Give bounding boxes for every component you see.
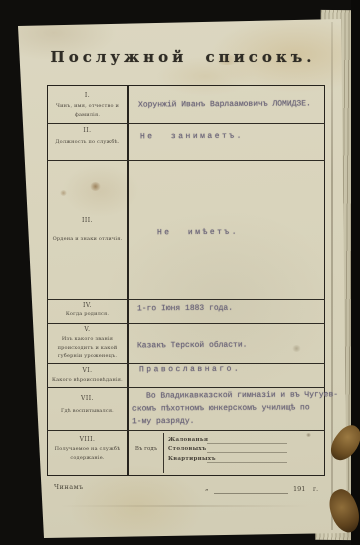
salary-fill-line [207,462,287,463]
row-label: Ордена и знаки отличія. [49,235,126,244]
salary-period-label: Въ годъ [129,446,163,452]
row-label: Изъ какого званія происходитъ и какой гу… [49,335,126,361]
row-label: Получаемое на службѣ содержаніе. [49,445,126,462]
row-divider [47,387,325,388]
row-label: Чинъ, имя, отчество и фамилія. [49,102,126,119]
typed-entry-education-line3: 1-му разряду. [132,417,194,426]
row-divider [47,430,325,431]
footer-quote-mark: „ [205,484,209,492]
typed-entry-origin: Казакъ Терской области. [137,341,247,351]
page-title: Послужной списокъ. [28,48,338,66]
typed-entry-awards: Не имѣетъ. [157,228,239,238]
row-label: Гдѣ воспитывался. [49,407,126,416]
row-number: I. [49,92,126,99]
salary-item-label: Жалованья [168,437,208,443]
footer-date-blank-line [214,493,288,494]
row-number: VI. [49,367,126,374]
footer-left-text: Чинамъ [54,483,84,491]
document-page: Послужной списокъ. I. Чинъ, имя, отчеств… [0,0,360,545]
typed-entry-education-line2: скомъ пѣхотномъ юнкерскомъ училищѣ по [132,403,310,413]
row-divider [47,160,325,161]
photo-black-margin [351,0,360,545]
footer-year: 191 [293,485,305,493]
salary-fill-line [207,452,287,453]
row-number: VII. [49,395,126,402]
typed-entry-position: Не занимаетъ. [140,132,244,142]
row-number: III. [49,217,126,224]
row-divider [47,363,325,364]
row-divider [47,299,325,300]
table-column-divider [127,85,129,476]
scanned-document-photo: Послужной списокъ. I. Чинъ, имя, отчеств… [0,0,360,545]
typed-entry-education-line1: Во Владикавказской гимназіи и въ Чугуев- [146,390,338,400]
row-number: VIII. [49,436,126,443]
typed-entry-name: Хорунжій Иванъ Варлаамовичъ ЛОМИДЗЕ. [138,99,311,109]
row-divider [47,323,325,324]
row-number: II. [49,127,126,134]
footer-year-suffix: г. [313,486,318,493]
salary-subcolumn-divider [163,433,164,473]
typed-entry-birthdate: 1-го Іюня 1883 года. [137,304,233,314]
typed-entry-religion: Православнаго. [139,365,241,375]
salary-fill-line [207,443,287,444]
row-number: IV. [49,302,126,309]
row-label: Должность по службѣ. [49,138,126,147]
row-label: Когда родился. [49,310,126,319]
row-label: Какого вѣроисповѣданія. [49,376,126,385]
row-divider [47,123,325,124]
salary-item-label: Столовыхъ [168,446,207,452]
row-number: V. [49,326,126,333]
paper-wrinkle [60,505,310,507]
